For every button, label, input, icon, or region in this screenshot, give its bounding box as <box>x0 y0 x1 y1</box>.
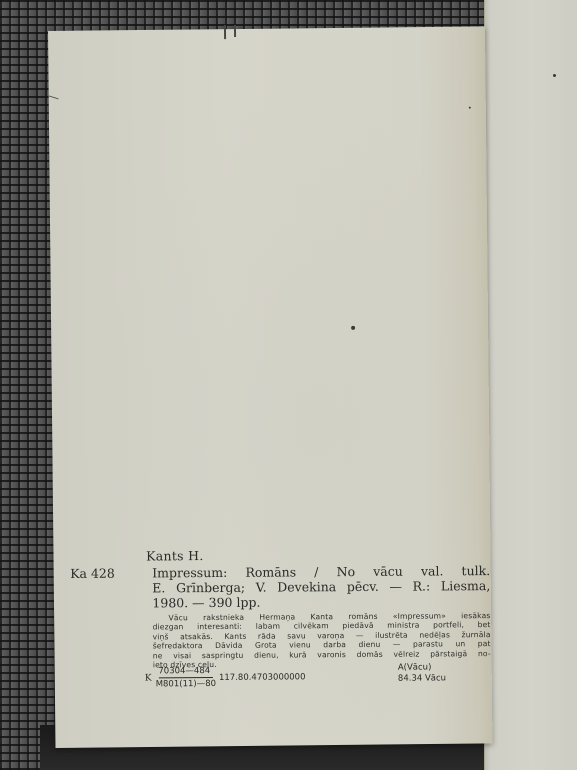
index-numerator: 70304—484 <box>158 666 213 678</box>
index-code: K 70304—484 M801(11)—80 117.80.470300000… <box>145 665 306 689</box>
index-fraction: 70304—484 M801(11)—80 <box>156 666 216 689</box>
shelf-mark: Ka 428 <box>70 566 115 581</box>
classification-line: A(Vācu) <box>398 662 446 673</box>
index-number: 117.80.4703000000 <box>219 672 306 683</box>
speck <box>553 74 556 77</box>
entry-line: E. Grīnberga; V. Devekina pēcv. — R.: Li… <box>152 578 490 595</box>
bibliographic-entry: Impressum: Romāns / No vācu val. tulk. E… <box>152 563 490 610</box>
pencil-mark <box>49 95 59 99</box>
pen-mark <box>234 25 238 37</box>
pen-mark <box>224 25 228 39</box>
index-denominator: M801(11)—80 <box>156 678 216 689</box>
classification: A(Vācu) 84.34 Vācu <box>398 662 446 684</box>
entry-line: 1980. — 390 lpp. <box>152 593 490 610</box>
speck <box>351 326 355 330</box>
author-name: Kants H. <box>146 548 204 563</box>
speck <box>469 107 471 109</box>
index-letter: K <box>145 673 152 683</box>
right-page <box>484 0 577 770</box>
book-annotation: Vācu rakstnieka Hermaņa Kanta romāns «Im… <box>152 611 490 670</box>
classification-line: 84.34 Vācu <box>398 673 446 684</box>
